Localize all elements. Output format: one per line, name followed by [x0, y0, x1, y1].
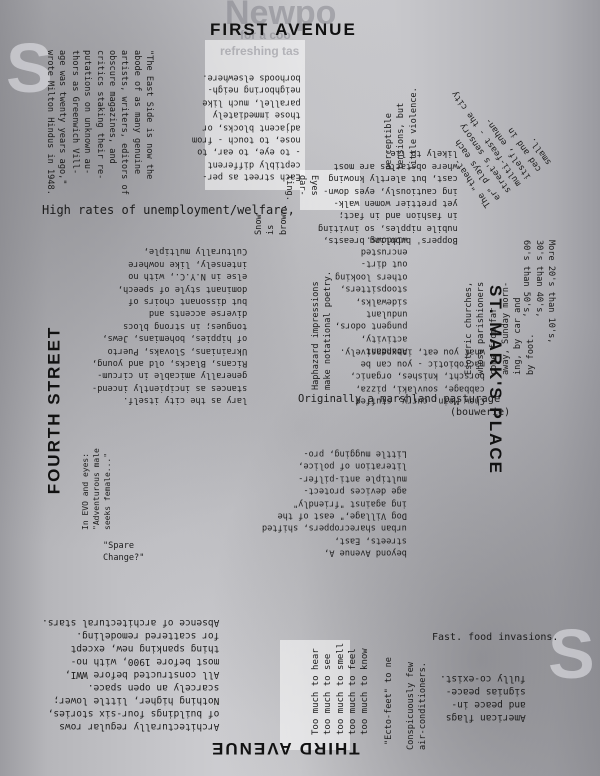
text-line-fast-food: Fast. food invasions.: [432, 632, 558, 643]
text-block-st-marks: More 20's than 10's,30's than 40's,60's …: [495, 240, 582, 343]
background-letter-s-right: S: [548, 614, 595, 694]
text-block-village: beyond Avenue A,streets, East,urban shar…: [262, 422, 407, 583]
street-label-third-avenue: THIRD AVENUE: [210, 738, 360, 758]
document-page: Newpo for a coo refreshing tas S S FIRST…: [0, 0, 600, 776]
text-block-cultural-mix: lary as the city itself.stances as incip…: [92, 220, 247, 431]
text-line-marshland: Originally a marshland pasturage: [298, 393, 500, 405]
text-block-east-side-quote: "The East Side is now theabode of as man…: [19, 50, 180, 195]
text-block-flags: American flagsand peace in-signias peace…: [440, 646, 526, 750]
text-line-unemployment: High rates of unemployment/welfare,: [42, 203, 295, 217]
text-block-eyes-darting: Eyesdar-ting.: [258, 175, 345, 201]
text-line-bouwerie: (bouwerie): [450, 407, 510, 418]
text-block-spare-change: "SpareChange?": [103, 515, 144, 589]
text-block-architecture: Architecturally regular rowsof buildings…: [42, 590, 219, 759]
street-label-first-avenue: FIRST AVENUE: [210, 20, 357, 40]
